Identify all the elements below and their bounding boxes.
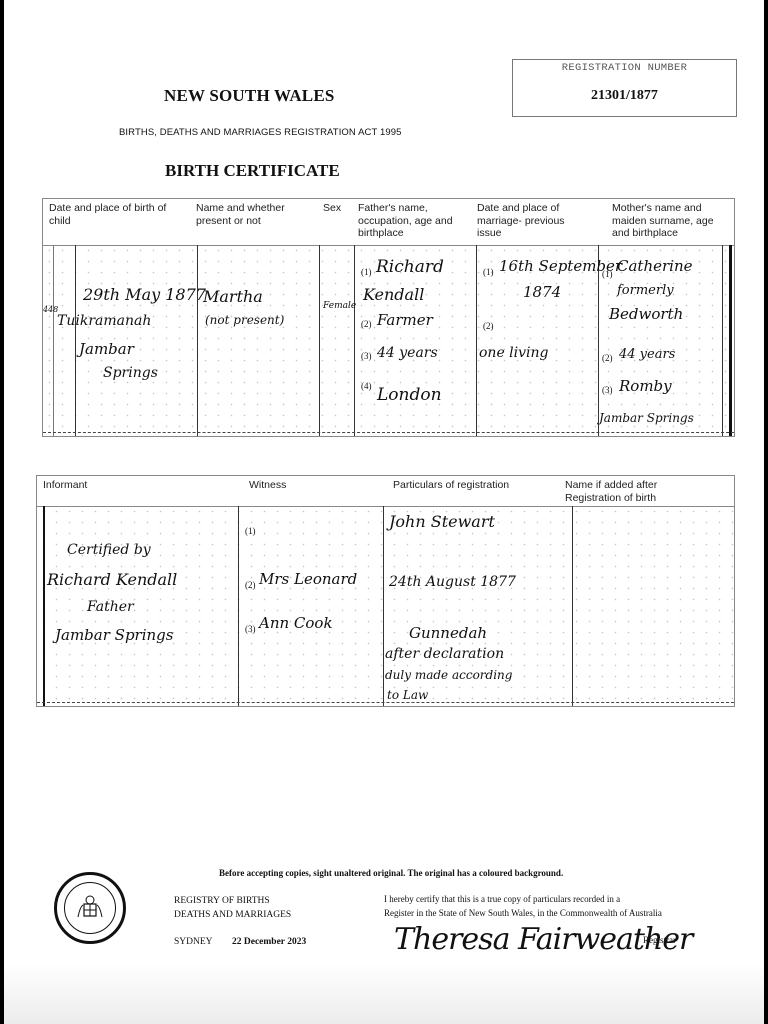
father-birthplace: London: [377, 385, 442, 405]
registrar-label: Registrar: [643, 935, 676, 945]
header-name-present: Name and whether present or not: [196, 202, 306, 227]
mother-label-1: (1): [602, 269, 613, 279]
child-name: Martha: [203, 287, 263, 306]
mother-birthplace-line2: Jambar Springs: [599, 411, 694, 425]
marriage-label-2: (2): [483, 321, 494, 331]
registration-place: Gunnedah: [409, 624, 487, 642]
header-informant: Informant: [43, 479, 87, 492]
label-2: (2): [361, 319, 372, 329]
issue-city: SYDNEY: [174, 937, 213, 947]
registration-note-line1: after declaration: [385, 646, 504, 662]
header-sex: Sex: [323, 202, 353, 215]
certification-line2: Register in the State of New South Wales…: [384, 908, 662, 918]
birth-details-table: Date and place of birth of child Name an…: [42, 198, 735, 437]
father-age: 44 years: [377, 345, 438, 361]
certificate-title: BIRTH CERTIFICATE: [165, 161, 340, 181]
father-name-line1: Richard: [376, 257, 444, 277]
registration-number-box: REGISTRATION NUMBER 21301/1877: [512, 59, 737, 117]
label-4: (4): [361, 381, 372, 391]
marriage-label-1: (1): [483, 267, 494, 277]
mother-label-2: (2): [602, 353, 613, 363]
issue-date: 22 December 2023: [232, 937, 306, 947]
registration-note-line2: duly made according: [385, 668, 512, 682]
informant-relation: Father: [87, 599, 134, 615]
witness-3-name: Ann Cook: [259, 614, 333, 632]
witness-label-3: (3): [245, 624, 256, 634]
authenticity-notice: Before accepting copies, sight unaltered…: [219, 868, 563, 878]
header-birth-date-place: Date and place of birth of child: [49, 202, 179, 227]
registration-label: REGISTRATION NUMBER: [513, 62, 736, 74]
certification-line1: I hereby certify that this is a true cop…: [384, 894, 620, 904]
informant-line1: Certified by: [67, 542, 151, 558]
registration-details-body: Certified by Richard Kendall Father Jamb…: [37, 506, 734, 706]
header-name-added: Name if added after Registration of birt…: [565, 479, 705, 504]
header-witness: Witness: [249, 479, 286, 492]
birth-details-header: Date and place of birth of child Name an…: [43, 199, 734, 246]
witness-label-1: (1): [245, 526, 256, 536]
mother-birthplace-line1: Romby: [619, 377, 672, 395]
act-line: BIRTHS, DEATHS AND MARRIAGES REGISTRATIO…: [119, 127, 402, 138]
witness-label-2: (2): [245, 580, 256, 590]
mother-name: Catherine: [617, 257, 693, 275]
birth-place-line3: Springs: [103, 365, 158, 381]
father-occupation: Farmer: [377, 311, 433, 329]
header-father: Father's name, occupation, age and birth…: [358, 202, 463, 240]
page-bottom-shadow: [4, 964, 764, 1024]
marriage-year: 1874: [523, 283, 561, 301]
birth-place-line1: Tuikramanah: [57, 313, 151, 329]
mother-label-3: (3): [602, 385, 613, 395]
previous-issue: one living: [479, 345, 549, 361]
birth-date: 29th May 1877: [83, 285, 206, 304]
header-mother: Mother's name and maiden surname, age an…: [612, 202, 732, 240]
registration-details-table: Informant Witness Particulars of registr…: [36, 475, 735, 707]
registration-details-header: Informant Witness Particulars of registr…: [37, 476, 734, 507]
mother-maiden-name: Bedworth: [609, 305, 683, 323]
birth-details-body: 448 29th May 1877 Tuikramanah Jambar Spr…: [43, 245, 734, 436]
witness-2-name: Mrs Leonard: [259, 570, 357, 588]
registration-note-line3: to Law: [387, 688, 428, 702]
registrar-seal-icon: [54, 872, 126, 944]
label-3: (3): [361, 351, 372, 361]
birth-place-line2: Jambar: [79, 340, 134, 358]
mother-age: 44 years: [619, 347, 675, 362]
crest-icon: [75, 893, 105, 923]
label-1: (1): [361, 267, 372, 277]
informant-name: Richard Kendall: [47, 570, 177, 589]
child-sex: Female: [323, 301, 356, 311]
child-present-status: (not present): [205, 313, 284, 327]
coat-of-arms-icon: [64, 882, 116, 934]
registration-number: 21301/1877: [513, 88, 736, 104]
state-title: NEW SOUTH WALES: [164, 86, 335, 106]
registration-date: 24th August 1877: [389, 574, 516, 590]
certificate-page: NEW SOUTH WALES BIRTHS, DEATHS AND MARRI…: [4, 0, 764, 1024]
registry-name-line1: REGISTRY OF BIRTHS: [174, 896, 270, 906]
registry-name-line2: DEATHS AND MARRIAGES: [174, 910, 291, 920]
header-particulars: Particulars of registration: [393, 479, 509, 492]
registrar-name: John Stewart: [389, 512, 495, 531]
header-marriage: Date and place of marriage- previous iss…: [477, 202, 587, 240]
mother-formerly: formerly: [617, 283, 674, 298]
informant-residence: Jambar Springs: [55, 626, 173, 644]
entry-number: 448: [43, 305, 58, 314]
father-name-line2: Kendall: [363, 285, 424, 304]
